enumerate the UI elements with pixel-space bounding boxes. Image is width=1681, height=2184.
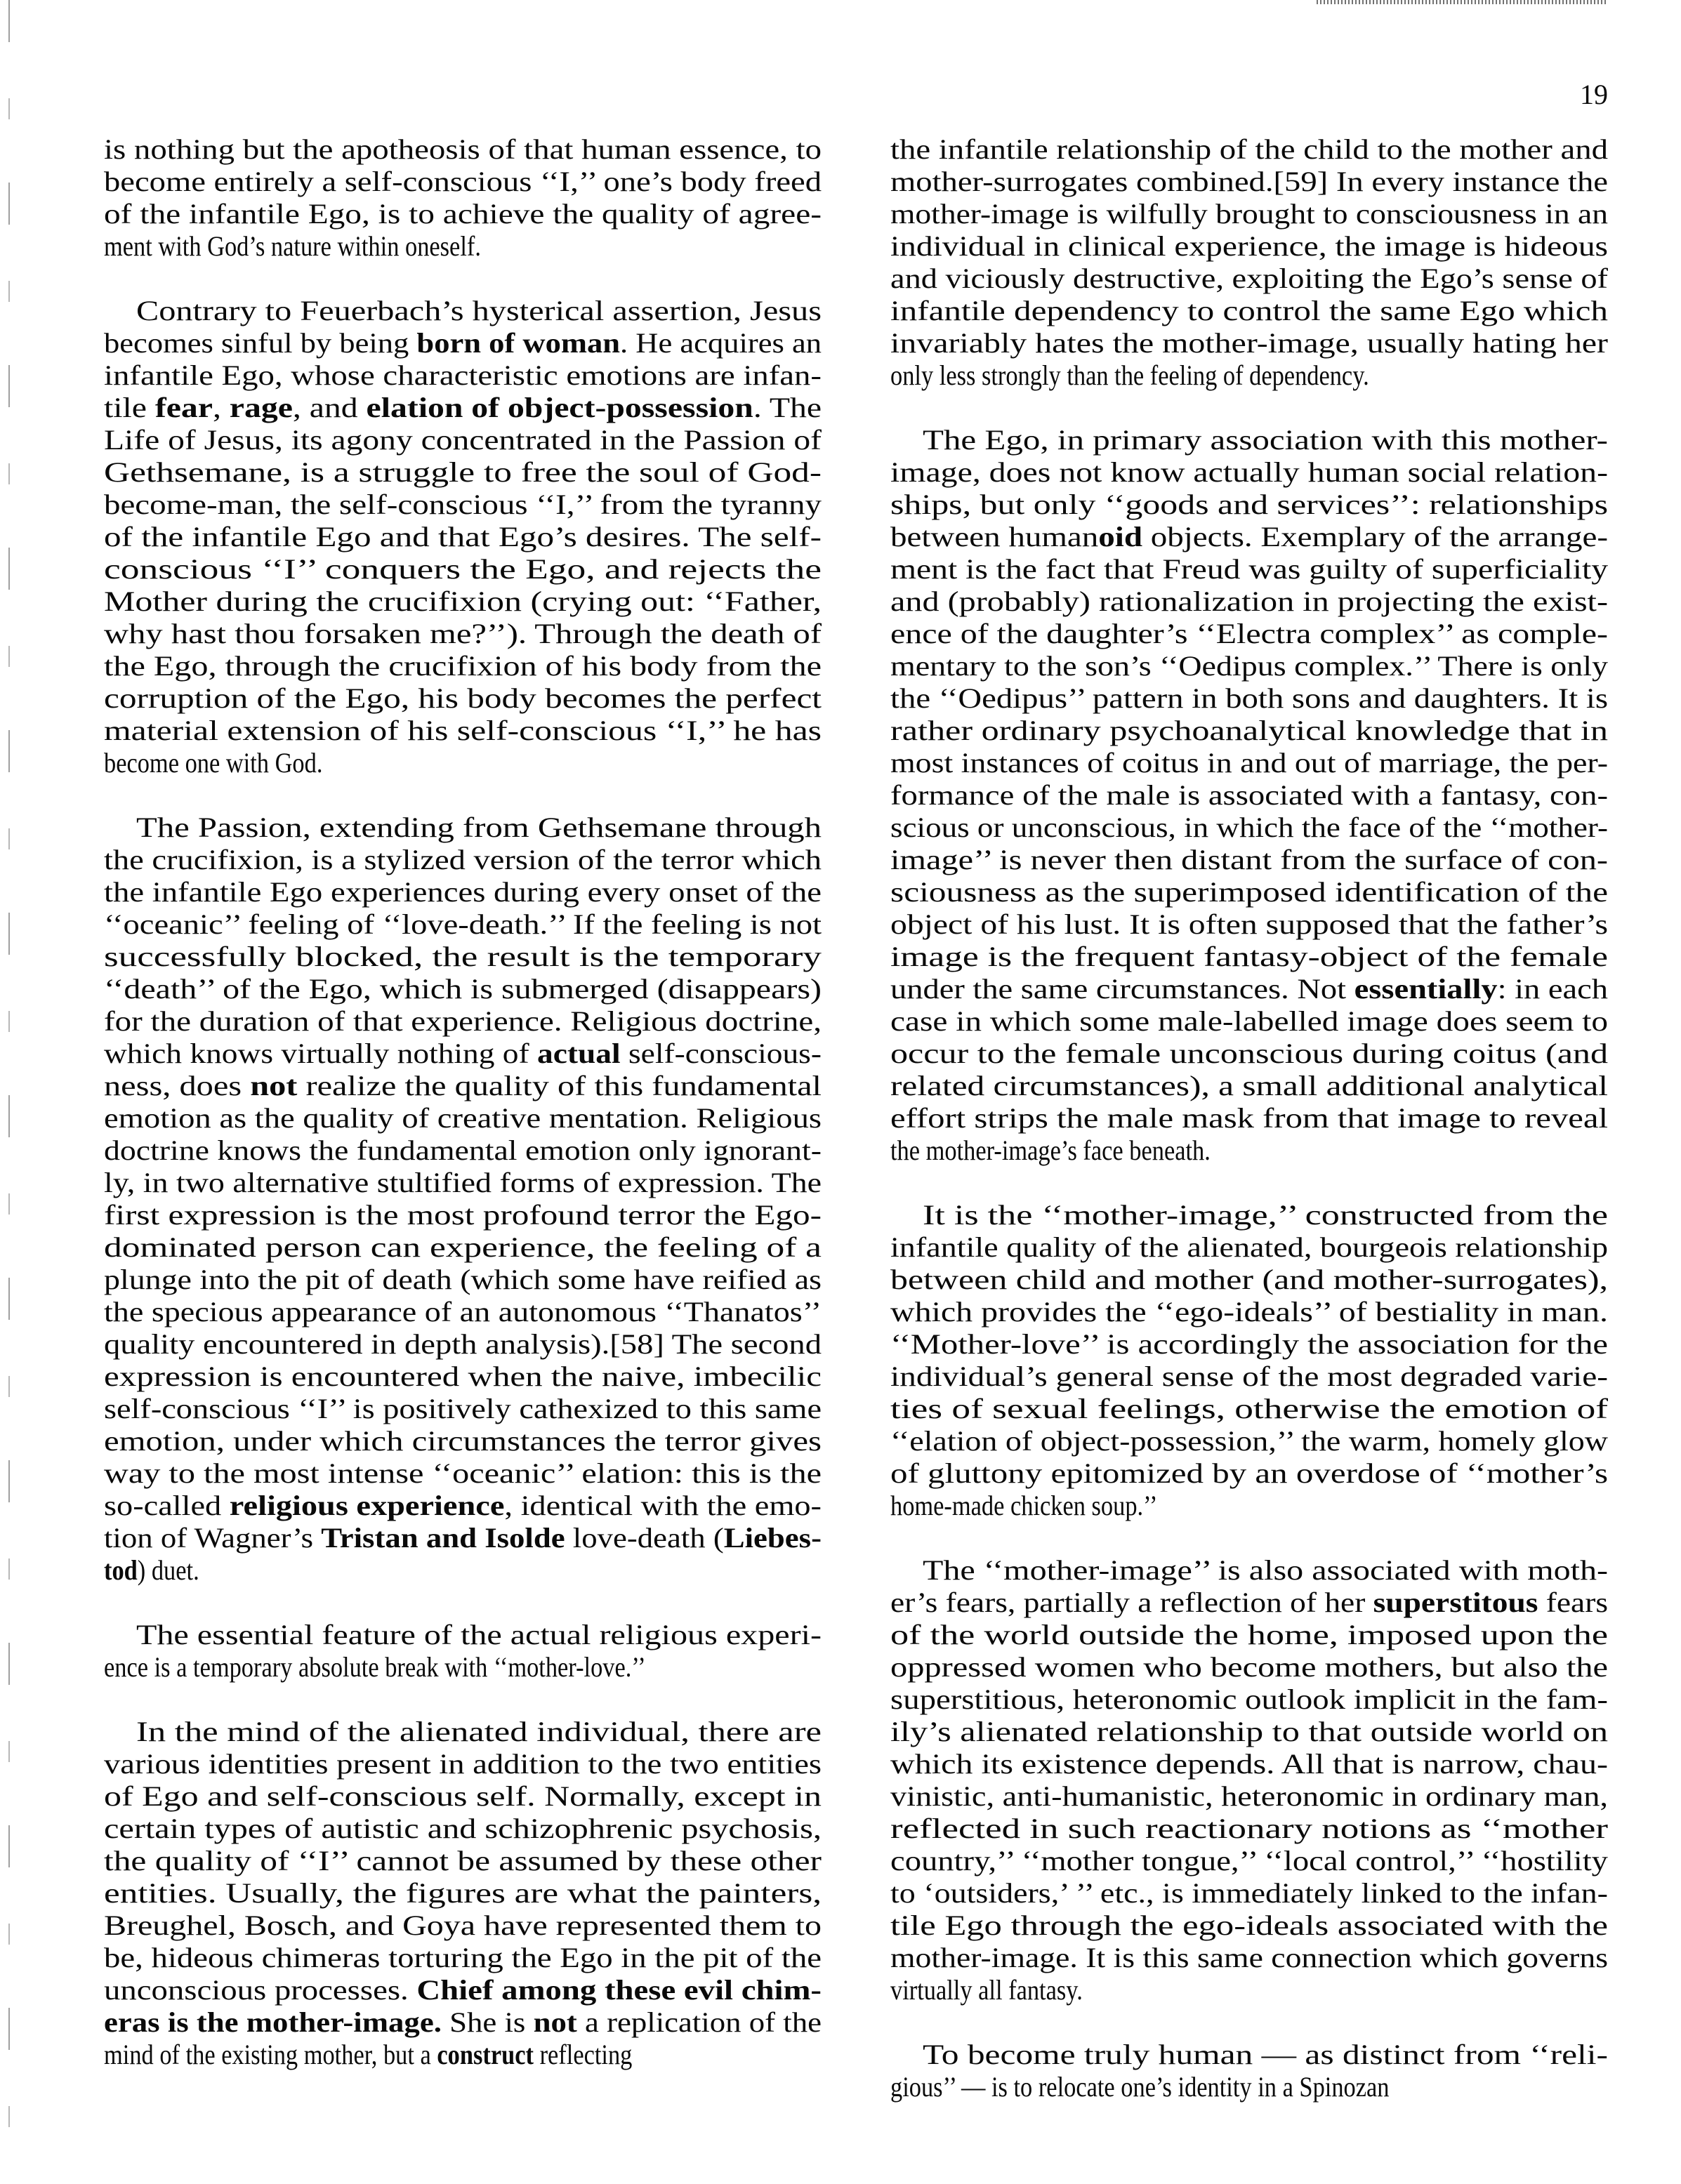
paragraph: To become truly human — as distinct from… (890, 2039, 1608, 2103)
text-line: of the infantile Ego, is to achieve the … (104, 198, 822, 230)
text-line: entities. Usually, the figures are what … (104, 1877, 822, 1910)
text-line: image is the frequent fantasy-object of … (890, 941, 1608, 973)
text-line: way to the most intense ‘‘oceanic’’ elat… (104, 1457, 822, 1490)
emphasis: elation of object-possession (367, 392, 753, 423)
paragraph: The Ego, in primary association with thi… (890, 424, 1608, 1167)
paragraph: The essential feature of the actual reli… (104, 1619, 822, 1683)
emphasis: rage (230, 392, 293, 423)
text-line: corruption of the Ego, his body becomes … (104, 682, 822, 715)
text-line: ties of sexual feelings, otherwise the e… (890, 1393, 1608, 1425)
text-line: ly, in two alternative stultified forms … (104, 1167, 822, 1199)
text-line: tile Ego through the ego-ideals associat… (890, 1910, 1608, 1942)
paragraph: In the mind of the alienated individual,… (104, 1716, 822, 2071)
text-line: material extension of his self-conscious… (104, 715, 822, 747)
text-line: vinistic, anti-humanistic, heteronomic i… (890, 1780, 1608, 1813)
text-line: between child and mother (and mother-sur… (890, 1264, 1608, 1296)
text-line: emotion, under which circumstances the t… (104, 1425, 822, 1457)
text-line: most instances of coitus in and out of m… (890, 747, 1608, 779)
emphasis: superstitous (1373, 1587, 1538, 1618)
emphasis: religious experience (230, 1490, 505, 1521)
text-line: individual in clinical experience, the i… (890, 230, 1608, 263)
text-line: dominated person can experience, the fee… (104, 1231, 822, 1264)
text-line: become entirely a self-conscious ‘‘I,’’ … (104, 166, 822, 198)
text-line: The ‘‘mother-image’’ is also associated … (890, 1554, 1608, 1587)
text-line: effort strips the male mask from that im… (890, 1102, 1608, 1134)
emphasis: actual (537, 1038, 621, 1069)
emphasis: Chief among these evil chim- (416, 1974, 822, 2006)
paragraph: is nothing but the apotheosis of that hu… (104, 133, 822, 263)
emphasis: not (534, 2006, 577, 2038)
text-line: ence of the daughter’s ‘‘Electra complex… (890, 618, 1608, 650)
text-line: ence is a temporary absolute break with … (104, 1651, 822, 1683)
text-line: of gluttony epitomized by an overdose of… (890, 1457, 1608, 1490)
emphasis: not (250, 1070, 297, 1101)
text-line: and viciously destructive, exploiting th… (890, 263, 1608, 295)
emphasis: fear (155, 392, 213, 423)
text-line: is nothing but the apotheosis of that hu… (104, 133, 822, 166)
text-line: the crucifixion, is a stylized version o… (104, 844, 822, 876)
emphasis: Liebes- (724, 1522, 822, 1554)
text-line: mind of the existing mother, but a const… (104, 2039, 822, 2071)
text-line: to ‘outsiders,’ ’’ etc., is immediately … (890, 1877, 1608, 1910)
text-line: rather ordinary psychoanalytical knowled… (890, 715, 1608, 747)
emphasis: tod (104, 1554, 138, 1586)
text-line: infantile quality of the alienated, bour… (890, 1231, 1608, 1264)
text-line: which provides the ‘‘ego-ideals’’ of bes… (890, 1296, 1608, 1328)
text-line: the infantile relationship of the child … (890, 133, 1608, 166)
text-line: the Ego, through the crucifixion of his … (104, 650, 822, 682)
text-line: The Ego, in primary association with thi… (890, 424, 1608, 456)
text-line: only less strongly than the feeling of d… (890, 359, 1608, 392)
text-line: superstitious, heteronomic outlook impli… (890, 1683, 1608, 1716)
emphasis: essentially (1354, 973, 1498, 1005)
text-line: of the world outside the home, imposed u… (890, 1619, 1608, 1651)
text-line: mother-image. It is this same connection… (890, 1942, 1608, 1974)
text-line: of Ego and self-conscious self. Normally… (104, 1780, 822, 1813)
text-line: conscious ‘‘I’’ conquers the Ego, and re… (104, 553, 822, 585)
text-line: country,’’ ‘‘mother tongue,’’ ‘‘local co… (890, 1845, 1608, 1877)
text-line: between humanoid objects. Exemplary of t… (890, 521, 1608, 553)
text-line: ment is the fact that Freud was guilty o… (890, 553, 1608, 585)
text-line: virtually all fantasy. (890, 1974, 1608, 2006)
text-line: case in which some male-labelled image d… (890, 1005, 1608, 1038)
text-line: be, hideous chimeras torturing the Ego i… (104, 1942, 822, 1974)
text-line: become one with God. (104, 747, 822, 779)
text-line: under the same circumstances. Not essent… (890, 973, 1608, 1005)
text-line: home-made chicken soup.’’ (890, 1490, 1608, 1522)
text-line: It is the ‘‘mother-image,’’ constructed … (890, 1199, 1608, 1231)
paragraph: It is the ‘‘mother-image,’’ constructed … (890, 1199, 1608, 1522)
text-line: plunge into the pit of death (which some… (104, 1264, 822, 1296)
text-line: unconscious processes. Chief among these… (104, 1974, 822, 2006)
text-line: reflected in such reactionary notions as… (890, 1813, 1608, 1845)
text-line: the mother-image’s face beneath. (890, 1134, 1608, 1167)
text-line: ‘‘death’’ of the Ego, which is submerged… (104, 973, 822, 1005)
text-line: The essential feature of the actual reli… (104, 1619, 822, 1651)
text-line: mother-surrogates combined.[59] In every… (890, 166, 1608, 198)
text-line: why hast thou forsaken me?’’). Through t… (104, 618, 822, 650)
text-line: first expression is the most profound te… (104, 1199, 822, 1231)
text-line: self-conscious ‘‘I’’ is positively cathe… (104, 1393, 822, 1425)
text-line: image, does not know actually human soci… (890, 456, 1608, 489)
text-line: eras is the mother-image. She is not a r… (104, 2006, 822, 2039)
text-line: becomes sinful by being born of woman. H… (104, 327, 822, 359)
text-line: image’’ is never then distant from the s… (890, 844, 1608, 876)
text-line: and (probably) rationalization in projec… (890, 585, 1608, 618)
text-line: successfully blocked, the result is the … (104, 941, 822, 973)
text-line: occur to the female unconscious during c… (890, 1038, 1608, 1070)
text-line: emotion as the quality of creative menta… (104, 1102, 822, 1134)
emphasis: eras is the mother-image. (104, 2006, 442, 2038)
text-line: To become truly human — as distinct from… (890, 2039, 1608, 2071)
text-line: mentary to the son’s ‘‘Oedipus complex.’… (890, 650, 1608, 682)
text-line: sciousness as the superimposed identific… (890, 876, 1608, 908)
text-line: oppressed women who become mothers, but … (890, 1651, 1608, 1683)
text-line: formance of the male is associated with … (890, 779, 1608, 812)
text-line: infantile dependency to control the same… (890, 295, 1608, 327)
text-line: In the mind of the alienated individual,… (104, 1716, 822, 1748)
text-line: er’s fears, partially a reflection of he… (890, 1587, 1608, 1619)
text-line: for the duration of that experience. Rel… (104, 1005, 822, 1038)
text-line: so-called religious experience, identica… (104, 1490, 822, 1522)
text-line: Gethsemane, is a struggle to free the so… (104, 456, 822, 489)
paragraph: The Passion, extending from Gethsemane t… (104, 812, 822, 1587)
text-column-left: is nothing but the apotheosis of that hu… (104, 133, 822, 2103)
text-line: Contrary to Feuerbach’s hysterical asser… (104, 295, 822, 327)
text-line: doctrine knows the fundamental emotion o… (104, 1134, 822, 1167)
emphasis: construct (437, 2039, 534, 2070)
text-line: infantile Ego, whose characteristic emot… (104, 359, 822, 392)
text-line: the quality of ‘‘I’’ cannot be assumed b… (104, 1845, 822, 1877)
text-line: expression is encountered when the naive… (104, 1361, 822, 1393)
text-line: Mother during the crucifixion (crying ou… (104, 585, 822, 618)
text-line: mother-image is wilfully brought to cons… (890, 198, 1608, 230)
text-line: individual’s general sense of the most d… (890, 1361, 1608, 1393)
scan-margin-edge (8, 0, 10, 2184)
text-line: the specious appearance of an autonomous… (104, 1296, 822, 1328)
text-line: which its existence depends. All that is… (890, 1748, 1608, 1780)
text-column-right: the infantile relationship of the child … (890, 133, 1608, 2136)
paragraph: the infantile relationship of the child … (890, 133, 1608, 392)
text-line: various identities present in addition t… (104, 1748, 822, 1780)
emphasis: born of woman (416, 327, 620, 359)
text-line: the ‘‘Oedipus’’ pattern in both sons and… (890, 682, 1608, 715)
text-line: Breughel, Bosch, and Goya have represent… (104, 1910, 822, 1942)
text-line: Life of Jesus, its agony concentrated in… (104, 424, 822, 456)
text-line: become-man, the self-conscious ‘‘I,’’ fr… (104, 489, 822, 521)
text-line: related circumstances), a small addition… (890, 1070, 1608, 1102)
text-line: ‘‘oceanic’’ feeling of ‘‘love-death.’’ I… (104, 908, 822, 941)
text-line: ‘‘Mother-love’’ is accordingly the assoc… (890, 1328, 1608, 1361)
paragraph: Contrary to Feuerbach’s hysterical asser… (104, 295, 822, 779)
scan-artifact (1317, 0, 1608, 4)
text-line: the infantile Ego experiences during eve… (104, 876, 822, 908)
text-line: gious’’ — is to relocate one’s identity … (890, 2071, 1608, 2103)
text-line: The Passion, extending from Gethsemane t… (104, 812, 822, 844)
text-line: ment with God’s nature within oneself. (104, 230, 822, 263)
text-line: of the infantile Ego and that Ego’s desi… (104, 521, 822, 553)
text-line: ships, but only ‘‘goods and services’’: … (890, 489, 1608, 521)
paragraph: The ‘‘mother-image’’ is also associated … (890, 1554, 1608, 2006)
text-line: tion of Wagner’s Tristan and Isolde love… (104, 1522, 822, 1554)
text-line: scious or unconscious, in which the face… (890, 812, 1608, 844)
text-line: which knows virtually nothing of actual … (104, 1038, 822, 1070)
text-line: ily’s alienated relationship to that out… (890, 1716, 1608, 1748)
text-line: certain types of autistic and schizophre… (104, 1813, 822, 1845)
text-line: tile fear, rage, and elation of object-p… (104, 392, 822, 424)
text-line: quality encountered in depth analysis).[… (104, 1328, 822, 1361)
text-line: tod) duet. (104, 1554, 822, 1587)
page-number: 19 (1545, 79, 1608, 111)
text-line: ‘‘elation of object-possession,’’ the wa… (890, 1425, 1608, 1457)
text-line: object of his lust. It is often supposed… (890, 908, 1608, 941)
text-line: invariably hates the mother-image, usual… (890, 327, 1608, 359)
emphasis: oid (1098, 521, 1142, 552)
text-line: ness, does not realize the quality of th… (104, 1070, 822, 1102)
emphasis: Tristan and Isolde (321, 1522, 565, 1554)
